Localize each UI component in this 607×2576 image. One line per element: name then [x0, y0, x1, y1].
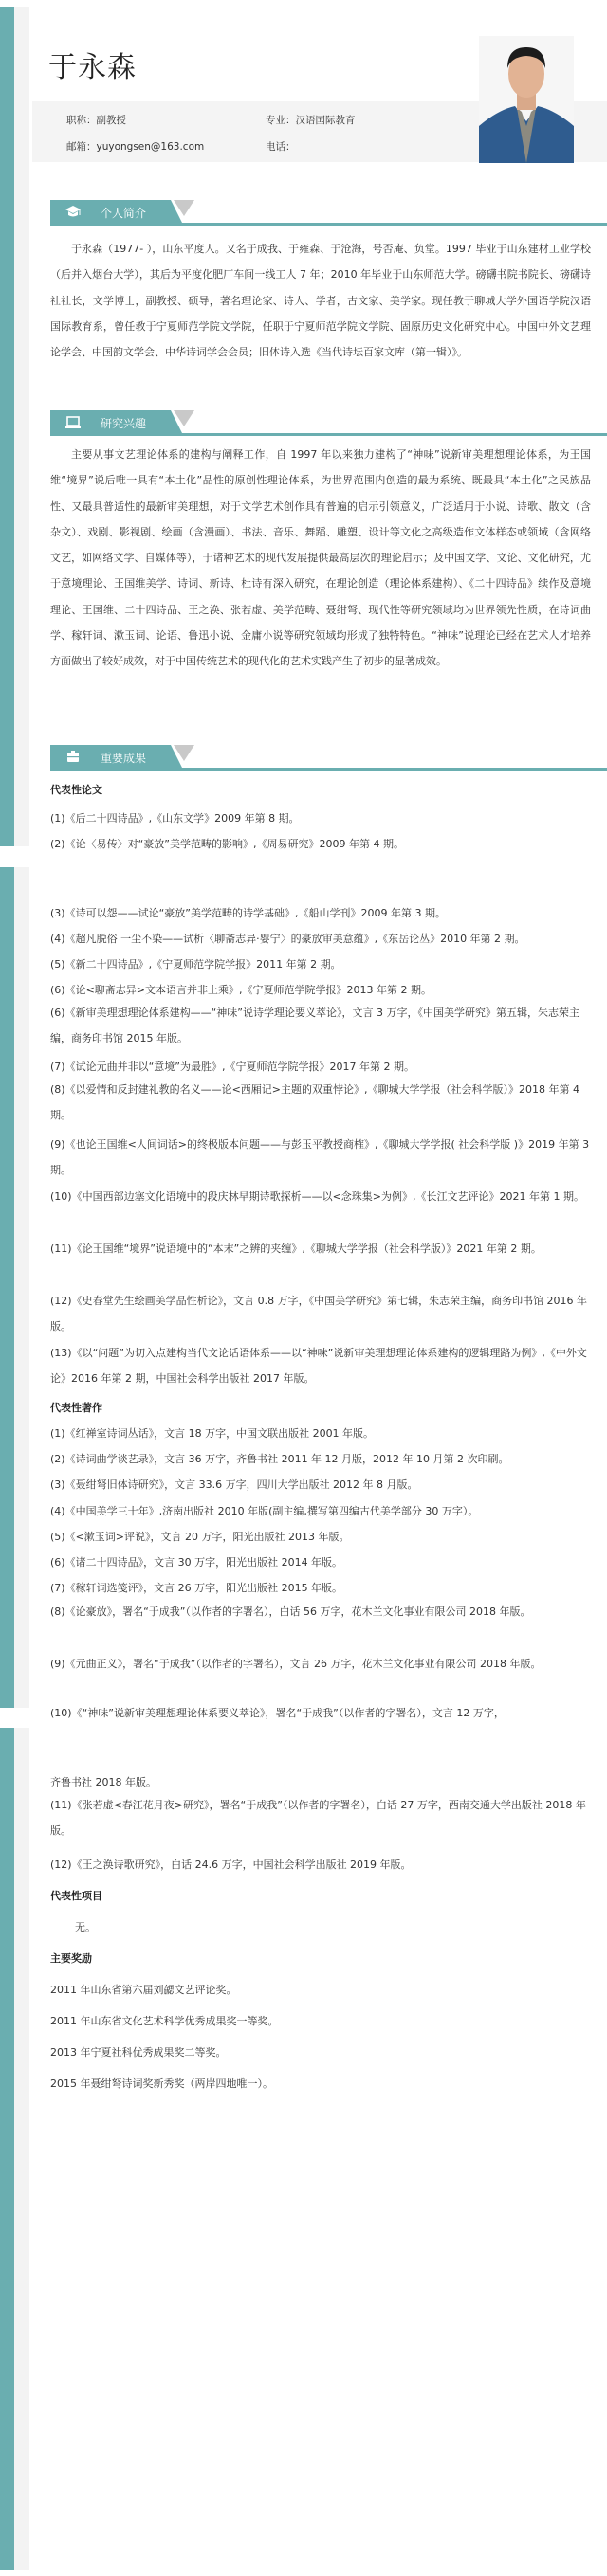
- book-item: (6)《诸二十四诗品》，文言 30 万字，阳光出版社 2014 年版。: [50, 1554, 596, 1569]
- projects-heading: 代表性项目: [50, 1888, 102, 1903]
- paper-item: (9)《也论王国维<人间词话>的终极版本问题——与彭玉平教授商榷》,《聊城大学学…: [50, 1132, 596, 1183]
- section-triangle-decor: [174, 200, 194, 216]
- section-title: 个人简介: [101, 205, 146, 221]
- book-item: (2)《诗词曲学谈艺录》，文言 36 万字，齐鲁书社 2011 年 12 月版，…: [50, 1451, 596, 1466]
- section-title: 研究兴趣: [101, 415, 146, 431]
- book-item: (4)《中国美学三十年》,济南出版社 2010 年版(副主编,撰写第四编古代美学…: [50, 1503, 596, 1518]
- paper-item: (2)《论〈易传〉对“豪放”美学范畴的影响》,《周易研究》2009 年第 4 期…: [50, 836, 596, 851]
- award-item: 2011 年山东省第六届刘勰文艺评论奖。: [50, 1982, 596, 1997]
- paper-item: (6)《新审美理想理论体系建构——“神味”说诗学理论要义萃论》，文言 3 万字，…: [50, 1000, 596, 1051]
- book-item: (5)《<漱玉词>评说》，文言 20 万字，阳光出版社 2013 年版。: [50, 1529, 596, 1544]
- book-item: (3)《聂绀弩旧体诗研究》，文言 33.6 万字，四川大学出版社 2012 年 …: [50, 1477, 596, 1492]
- research-text: 主要从事文艺理论体系的建构与阐释工作，自 1997 年以来独力建构了“神味”说新…: [50, 442, 591, 675]
- book-item-continued: 齐鲁书社 2018 年版。: [50, 1774, 596, 1789]
- left-shade-bar: [14, 867, 29, 1708]
- email-field: 邮箱：yuyongsen@163.com: [66, 139, 204, 154]
- projects-text: 无。: [75, 1919, 607, 1934]
- major-field: 专业：汉语国际教育: [266, 113, 356, 127]
- graduation-cap-icon: [64, 205, 82, 220]
- book-item: (10)《“神味”说新审美理想理论体系要义萃论》，署名“于成我”（以作者的字署名…: [50, 1705, 596, 1720]
- award-item: 2015 年聂绀弩诗词奖新秀奖（两岸四地唯一）。: [50, 2076, 596, 2091]
- paper-item: (1)《后二十四诗品》,《山东文学》2009 年第 8 期。: [50, 810, 596, 825]
- book-item: (7)《稼轩词选笺评》，文言 26 万字，阳光出版社 2015 年版。: [50, 1580, 596, 1595]
- paper-item: (3)《诗可以怨——试论“豪放”美学范畴的诗学基础》,《船山学刊》2009 年第…: [50, 905, 596, 920]
- title-field: 职称：副教授: [66, 113, 126, 127]
- books-heading: 代表性著作: [50, 1400, 102, 1415]
- left-shade-bar: [14, 1728, 29, 2570]
- award-item: 2013 年宁夏社科优秀成果奖二等奖。: [50, 2044, 596, 2059]
- intro-text: 于永森（1977- ），山东平度人。又名于成我、于雍森、于沧海，号否庵、负堂。1…: [50, 236, 591, 365]
- section-header-intro: 个人简介: [50, 200, 607, 228]
- left-accent-bar: [0, 1728, 14, 2570]
- left-shade-bar: [14, 7, 29, 846]
- paper-item: (4)《超凡脱俗 一尘不染——试析〈聊斋志异·婴宁〉的豪放审美意蕴》,《东岳论丛…: [50, 931, 596, 946]
- awards-heading: 主要奖励: [50, 1950, 92, 1966]
- phone-field: 电话：: [266, 139, 296, 154]
- paper-item: (6)《论<聊斋志异>文本语言并非上乘》,《宁夏师范学院学报》2013 年第 2…: [50, 982, 596, 997]
- book-item: (9)《元曲正义》，署名“于成我”（以作者的字署名），文言 26 万字，花木兰文…: [50, 1651, 596, 1677]
- paper-item: (12)《史春堂先生绘画美学品性析论》，文言 0.8 万字，《中国美学研究》第七…: [50, 1288, 596, 1339]
- left-accent-bar: [0, 7, 14, 846]
- section-title: 重要成果: [101, 750, 146, 766]
- paper-item: (7)《试论元曲并非以“意境”为最胜》,《宁夏师范学院学报》2017 年第 2 …: [50, 1059, 596, 1074]
- laptop-icon: [64, 415, 82, 430]
- section-triangle-decor: [174, 745, 194, 761]
- paper-item: (11)《论王国维“境界”说语境中的“本末”之辨的夹缠》,《聊城大学学报（社会科…: [50, 1236, 596, 1261]
- paper-item: (13)《以“问题”为切入点建构当代文论话语体系——以“神味”说新审美理想理论体…: [50, 1340, 596, 1391]
- left-accent-bar: [0, 867, 14, 1708]
- papers-heading: 代表性论文: [50, 782, 102, 797]
- book-item: (1)《红禅室诗词丛话》，文言 18 万字，中国文联出版社 2001 年版。: [50, 1425, 596, 1441]
- award-item: 2011 年山东省文化艺术科学优秀成果奖一等奖。: [50, 2013, 596, 2028]
- profile-photo: [479, 36, 574, 163]
- book-item: (8)《论豪放》，署名“于成我”（以作者的字署名），白话 56 万字，花木兰文化…: [50, 1599, 596, 1624]
- profile-name: 于永森: [48, 44, 137, 85]
- section-triangle-decor: [174, 410, 194, 426]
- paper-item: (10)《中国西部边塞文化语境中的段庆林早期诗歌探析——以<念珠集>为例》,《长…: [50, 1184, 596, 1209]
- section-header-achievements: 重要成果: [50, 745, 607, 773]
- book-item: (11)《张若虚<春江花月夜>研究》，署名“于成我”（以作者的字署名），白话 2…: [50, 1792, 596, 1843]
- paper-item: (8)《以爱情和反封建礼教的名义——论<西厢记>主题的双重悖论》,《聊城大学学报…: [50, 1077, 596, 1128]
- section-header-research: 研究兴趣: [50, 410, 607, 439]
- book-item: (12)《王之涣诗歌研究》，白话 24.6 万字，中国社会科学出版社 2019 …: [50, 1857, 596, 1872]
- paper-item: (5)《新二十四诗品》,《宁夏师范学院学报》2011 年第 2 期。: [50, 956, 596, 971]
- briefcase-icon: [64, 750, 82, 765]
